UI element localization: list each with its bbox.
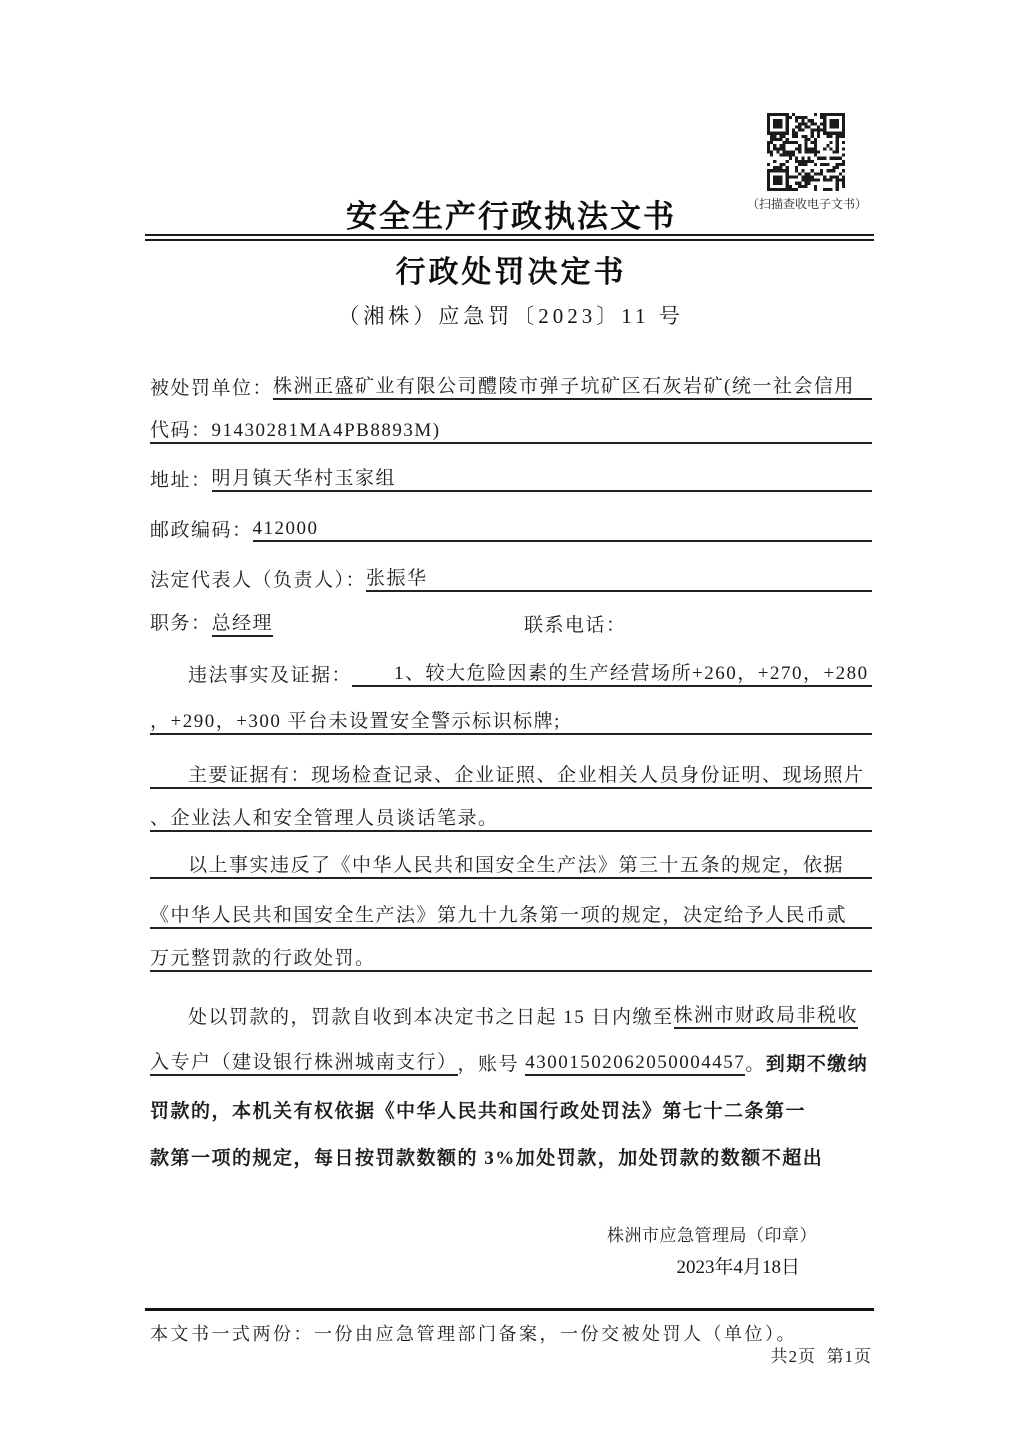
facts-row-continued: ，+290，+300 平台未设置安全警示标识标牌; [150,703,872,735]
document-title: 行政处罚决定书 [150,247,872,291]
position-group: 职务：总经理 [150,614,498,639]
evidence-row-continued: 、企业法人和安全管理人员谈话笔录。 [150,800,872,832]
decision-row-2: 《中华人民共和国安全生产法》第九十九条第一项的规定，决定给予人民币贰 [150,897,872,929]
payment-line2-text: ，账号 [458,1055,526,1076]
evidence-row: 主要证据有：现场检查记录、企业证照、企业相关人员身份证明、现场照片 [150,757,872,789]
issue-date: 2023年4月18日 [676,1252,800,1279]
payment-overdue-warning-line4: 款第一项的规定，每日按罚款数额的 3%加处罚款，加处罚款的数额不超出 [150,1149,823,1170]
penalized-unit-value: 株洲正盛矿业有限公司醴陵市弹子坑矿区石灰岩矿(统一社会信用 [273,377,872,400]
decision-row-3: 万元整罚款的行政处罚。 [150,940,872,972]
decision-line3: 万元整罚款的行政处罚。 [150,949,872,972]
position-phone-row: 职务：总经理 联系电话： [150,607,872,639]
legal-rep-value: 张振华 [366,569,872,592]
decision-line2: 《中华人民共和国安全生产法》第九十九条第一项的规定，决定给予人民币贰 [150,906,872,929]
legal-rep-row: 法定代表人（负责人）：张振华 [150,560,872,592]
evidence-line1: 主要证据有：现场检查记录、企业证照、企业相关人员身份证明、现场照片 [150,766,872,789]
credit-code-value: 代码：91430281MA4PB8893M) [150,421,872,444]
position-value: 总经理 [212,614,274,637]
legal-rep-label: 法定代表人（负责人）： [150,571,366,592]
payment-row-4: 款第一项的规定，每日按罚款数额的 3%加处罚款，加处罚款的数额不超出 [150,1138,872,1170]
facts-row: 违法事实及证据：1、较大危险因素的生产经营场所+260，+270，+280 [150,655,872,687]
facts-value-line2: ，+290，+300 平台未设置安全警示标识标牌; [150,712,872,735]
penalized-unit-row-continued: 代码：91430281MA4PB8893M) [150,412,872,444]
footer-rule [145,1308,874,1311]
decision-line1: 以上事实违反了《中华人民共和国安全生产法》第三十五条的规定，依据 [150,856,872,879]
payment-line2-period: 。 [745,1055,766,1076]
footer-note: 本文书一式两份：一份由应急管理部门备案，一份交被处罚人（单位）。 [150,1320,797,1346]
phone-group: 联系电话： [524,616,858,639]
decision-row-1: 以上事实违反了《中华人民共和国安全生产法》第三十五条的规定，依据 [150,847,872,879]
penalized-unit-row: 被处罚单位：株洲正盛矿业有限公司醴陵市弹子坑矿区石灰岩矿(统一社会信用 [150,368,872,400]
evidence-line2: 、企业法人和安全管理人员谈话笔录。 [150,809,872,832]
payment-account-number: 43001502062050004457 [525,1053,745,1076]
payment-account-name-part1: 株洲市财政局非税收 [674,1006,859,1029]
address-label: 地址： [150,471,212,492]
payment-row-1: 处以罚款的，罚款自收到本决定书之日起 15 日内缴至株洲市财政局非税收 [150,997,872,1029]
series-title: 安全生产行政执法文书 [150,191,872,236]
qr-code [767,113,845,191]
postal-code-label: 邮政编码： [150,521,253,542]
payment-row-2: 入专户（建设银行株洲城南支行），账号 43001502062050004457。… [150,1044,872,1076]
payment-account-name-part2: 入专户（建设银行株洲城南支行） [150,1053,458,1076]
position-label: 职务： [150,614,212,635]
facts-label: 违法事实及证据： [150,666,352,687]
document-number: （湘株）应急罚〔2023〕11 号 [150,300,872,330]
penalized-unit-label: 被处罚单位： [150,379,273,400]
issuing-authority: 株洲市应急管理局（印章） [607,1221,817,1246]
address-value: 明月镇天华村玉家组 [212,469,872,492]
field-gap [498,637,524,639]
payment-row-3: 罚款的，本机关有权依据《中华人民共和国行政处罚法》第七十二条第一 [150,1091,872,1123]
header-double-rule [145,234,874,241]
postal-code-value: 412000 [253,519,872,542]
payment-overdue-warning-start: 到期不缴纳 [766,1055,869,1076]
facts-value-line1: 1、较大危险因素的生产经营场所+260，+270，+280 [352,664,872,687]
page-indicator: 共2页 第1页 [771,1342,873,1367]
payment-overdue-warning-line3: 罚款的，本机关有权依据《中华人民共和国行政处罚法》第七十二条第一 [150,1102,806,1123]
address-row: 地址：明月镇天华村玉家组 [150,460,872,492]
postal-code-row: 邮政编码：412000 [150,510,872,542]
phone-label: 联系电话： [524,616,627,637]
payment-line1-text: 处以罚款的，罚款自收到本决定书之日起 15 日内缴至 [150,1008,674,1029]
